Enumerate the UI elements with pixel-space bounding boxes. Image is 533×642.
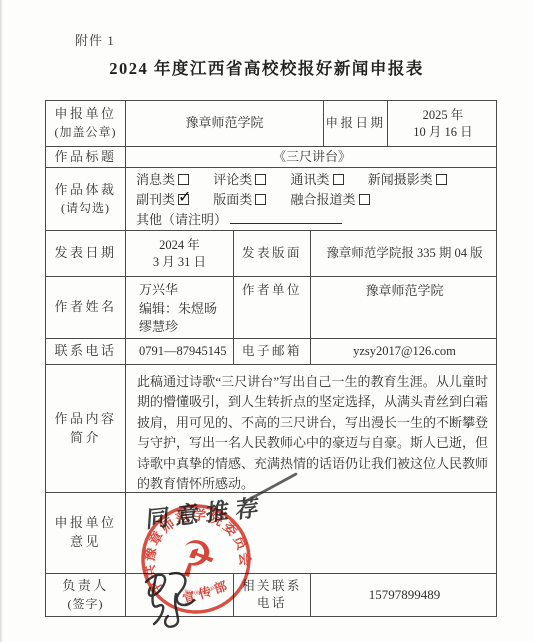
genre-option: 通讯类: [291, 172, 344, 187]
row-work-title: 作品标题 《三尺讲台》: [46, 147, 496, 168]
genre-label: 作品体裁 (请勾选): [46, 168, 126, 230]
genre-options-line2: 副刊类 版面类 融合报道类: [136, 190, 370, 210]
row-author: 作者姓名 万兴华 编辑：朱煜旸 缪慧珍 作者单位 豫章师范学院: [46, 277, 496, 339]
phone-value: 0791—87945145: [126, 339, 234, 364]
applicant-unit-label: 申报单位 (加盖公章): [46, 101, 126, 146]
publish-date-value: 2024 年 3 月 31 日: [126, 231, 234, 276]
applicant-unit-value: 豫章师范学院: [126, 101, 324, 146]
email-label: 电子邮箱: [234, 339, 311, 364]
row-manager: 负责人 (签字) 相关联系 电话 15797899489: [46, 574, 496, 616]
signature-scribble: [136, 566, 210, 632]
row-summary: 作品内容 简介 此稿通过诗歌“三尺讲台”写出自己一生的教育生涯。从儿童时期的懵懂…: [46, 365, 496, 493]
genre-option: 副刊类: [136, 192, 189, 207]
email-value: yzsy2017@126.com: [311, 339, 498, 364]
related-phone-value: 15797899489: [311, 574, 498, 616]
author-unit-value: 豫章师范学院: [311, 277, 498, 338]
author-name-value: 万兴华 编辑：朱煜旸 缪慧珍: [126, 277, 234, 338]
phone-label: 联系电话: [46, 339, 126, 364]
scan-page-edge: [0, 0, 3, 642]
row-publish: 发表日期 2024 年 3 月 31 日 发表版面 豫章师范学院报 335 期 …: [46, 231, 496, 277]
checkbox-icon: [436, 174, 447, 185]
work-title-value: 《三尺讲台》: [126, 147, 498, 167]
checkbox-icon: [255, 174, 266, 185]
genre-option: 消息类: [136, 172, 189, 187]
checkbox-icon: [359, 194, 370, 205]
checkbox-icon: [333, 174, 344, 185]
checkbox-checked-icon: [178, 194, 189, 205]
publish-page-value: 豫章师范学院报 335 期 04 版: [311, 231, 498, 276]
author-unit-label: 作者单位: [234, 277, 311, 338]
checkbox-icon: [178, 174, 189, 185]
related-phone-label: 相关联系 电话: [234, 574, 311, 616]
fill-in-blank-line: [230, 212, 342, 224]
attachment-label: 附件 1: [75, 30, 115, 49]
genre-options: 消息类 评论类 通讯类 新闻摄影类 副刊类 版面类 融合报道类 其他（请注明）: [126, 168, 498, 230]
genre-option: 评论类: [213, 172, 266, 187]
apply-date-value: 2025 年 10 月 16 日: [388, 101, 498, 146]
publish-page-label: 发表版面: [234, 231, 311, 276]
manager-label: 负责人 (签字): [46, 574, 126, 616]
unit-opinion-label: 申报单位 意见: [46, 493, 126, 573]
genre-option: 版面类: [213, 192, 266, 207]
page-title: 2024 年度江西省高校校报好新闻申报表: [0, 55, 533, 79]
summary-text: 此稿通过诗歌“三尺讲台”写出自己一生的教育生涯。从儿童时期的懵懂吸引，到人生转折…: [126, 365, 498, 492]
summary-label: 作品内容 简介: [46, 365, 126, 492]
checkbox-icon: [255, 194, 266, 205]
work-title-label: 作品标题: [46, 147, 126, 167]
apply-date-label: 申报日期: [324, 101, 388, 146]
application-form-table: 申报单位 (加盖公章) 豫章师范学院 申报日期 2025 年 10 月 16 日…: [45, 100, 497, 617]
row-contact: 联系电话 0791—87945145 电子邮箱 yzsy2017@126.com: [46, 339, 496, 365]
publish-date-label: 发表日期: [46, 231, 126, 276]
genre-other-line: 其他（请注明）: [136, 210, 342, 230]
genre-option: 新闻摄影类: [368, 172, 447, 187]
row-genre: 作品体裁 (请勾选) 消息类 评论类 通讯类 新闻摄影类 副刊类 版面类 融合报…: [46, 168, 496, 231]
genre-option: 融合报道类: [291, 192, 370, 207]
row-applicant-unit: 申报单位 (加盖公章) 豫章师范学院 申报日期 2025 年 10 月 16 日: [46, 101, 496, 147]
author-name-label: 作者姓名: [46, 277, 126, 338]
